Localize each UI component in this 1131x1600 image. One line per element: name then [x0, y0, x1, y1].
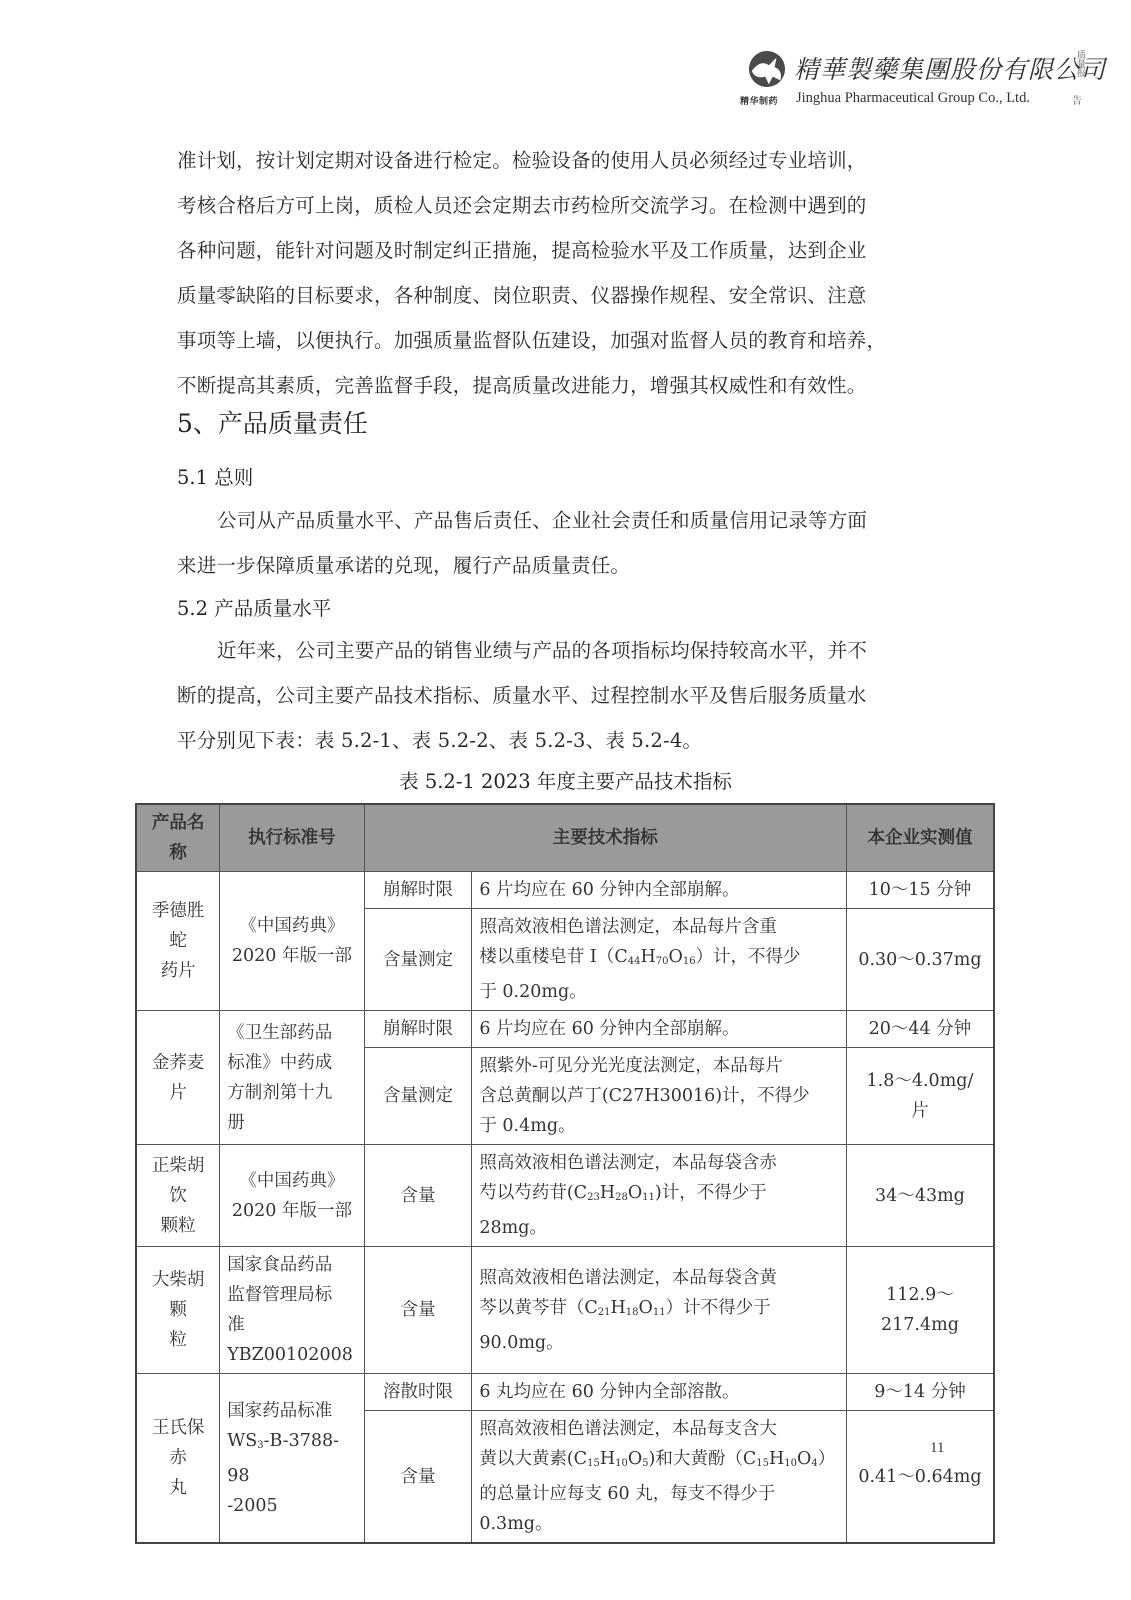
- cell-requirement: 照高效液相色谱法测定，本品每片含重 楼以重楼皂苷 I（C44H70O16）计，不…: [472, 909, 847, 1011]
- cell-indicator: 含量: [364, 1411, 472, 1544]
- text-line: 近年来，公司主要产品的销售业绩与产品的各项指标均保持较高水平，并不: [177, 628, 957, 673]
- text-line: 来进一步保障质量承诺的兑现，履行产品质量责任。: [177, 543, 957, 588]
- text-line: 质量零缺陷的目标要求，各种制度、岗位职责、仪器操作规程、安全常识、注意: [177, 273, 957, 318]
- cell-measured: 0.30～0.37mg: [846, 909, 994, 1011]
- company-name-en: Jinghua Pharmaceutical Group Co., Ltd.: [796, 90, 1030, 107]
- table-row: 王氏保赤 丸 国家药品标准 WS3-B-3788-98 -2005 溶散时限 6…: [136, 1374, 994, 1411]
- cell-requirement: 照高效液相色谱法测定，本品每袋含赤 芍以芍药苷(C23H28O11)计，不得少于…: [472, 1145, 847, 1247]
- cell-measured: 112.9～ 217.4mg: [846, 1247, 994, 1374]
- section-5-1-paragraph: 公司从产品质量水平、产品售后责任、企业社会责任和质量信用记录等方面 来进一步保障…: [177, 498, 957, 588]
- header-standard: 执行标准号: [220, 804, 364, 872]
- cell-measured: 20～44 分钟: [846, 1011, 994, 1048]
- cell-requirement: 6 片均应在 60 分钟内全部崩解。: [472, 872, 847, 909]
- cell-product: 王氏保赤 丸: [136, 1374, 220, 1544]
- seal-mark: 告: [1072, 92, 1082, 107]
- cell-indicator: 含量测定: [364, 1048, 472, 1145]
- cell-measured: 9～14 分钟: [846, 1374, 994, 1411]
- cell-requirement: 照高效液相色谱法测定，本品每袋含黄 芩以黄芩苷（C21H18O11）计不得少于 …: [472, 1247, 847, 1374]
- cell-product: 金荞麦片: [136, 1011, 220, 1145]
- page-header: 精华制药 精華製藥集團股份有限公司 Jinghua Pharmaceutical…: [742, 48, 1122, 118]
- section-heading: 5、产品质量责任: [177, 404, 368, 440]
- company-name-cn: 精華製藥集團股份有限公司: [794, 50, 1106, 86]
- intro-paragraph: 准计划，按计划定期对设备进行检定。检验设备的使用人员必须经过专业培训， 考核合格…: [177, 138, 957, 408]
- cell-measured: 1.8～4.0mg/ 片: [846, 1048, 994, 1145]
- technical-indicators-table: 产品名称 执行标准号 主要技术指标 本企业实测值 季德胜蛇 药片 《中国药典》 …: [135, 803, 995, 1544]
- seal-text: 质量报: [1072, 50, 1086, 77]
- cell-product: 大柴胡颗 粒: [136, 1247, 220, 1374]
- cell-standard: 国家食品药品 监督管理局标 准 YBZ00102008: [220, 1247, 364, 1374]
- cell-indicator: 崩解时限: [364, 872, 472, 909]
- text-line: 平分别见下表：表 5.2-1、表 5.2-2、表 5.2-3、表 5.2-4。: [177, 718, 957, 763]
- text-line: 公司从产品质量水平、产品售后责任、企业社会责任和质量信用记录等方面: [177, 498, 957, 543]
- table-row: 大柴胡颗 粒 国家食品药品 监督管理局标 准 YBZ00102008 含量 照高…: [136, 1247, 994, 1374]
- text-line: 考核合格后方可上岗，质检人员还会定期去市药检所交流学习。在检测中遇到的: [177, 183, 957, 228]
- cell-standard: 《卫生部药品 标准》中药成 方制剂第十九 册: [220, 1011, 364, 1145]
- header-measured: 本企业实测值: [846, 804, 994, 872]
- text-line: 断的提高，公司主要产品技术指标、质量水平、过程控制水平及售后服务质量水: [177, 673, 957, 718]
- cell-product: 正柴胡饮 颗粒: [136, 1145, 220, 1247]
- cell-requirement: 照高效液相色谱法测定，本品每支含大 黄以大黄素(C15H10O5)和大黄酚（C1…: [472, 1411, 847, 1544]
- cell-measured: 34～43mg: [846, 1145, 994, 1247]
- cell-standard: 《中国药典》 2020 年版一部: [220, 1145, 364, 1247]
- cell-indicator: 溶散时限: [364, 1374, 472, 1411]
- company-logo-icon: [748, 50, 786, 88]
- cell-product: 季德胜蛇 药片: [136, 872, 220, 1011]
- text-line: 事项等上墙，以便执行。加强质量监督队伍建设，加强对监督人员的教育和培养，: [177, 318, 957, 363]
- cell-indicator: 崩解时限: [364, 1011, 472, 1048]
- header-indicators: 主要技术指标: [364, 804, 846, 872]
- header-product-name: 产品名称: [136, 804, 220, 872]
- section-5-2-paragraph: 近年来，公司主要产品的销售业绩与产品的各项指标均保持较高水平，并不 断的提高，公…: [177, 628, 957, 763]
- cell-requirement: 照紫外-可见分光光度法测定，本品每片 含总黄酮以芦丁(C27H30016)计，不…: [472, 1048, 847, 1145]
- table-row: 季德胜蛇 药片 《中国药典》 2020 年版一部 崩解时限 6 片均应在 60 …: [136, 872, 994, 909]
- text-line: 各种问题，能针对问题及时制定纠正措施，提高检验水平及工作质量，达到企业: [177, 228, 957, 273]
- subsection-heading-5-1: 5.1 总则: [177, 462, 253, 490]
- logo-caption: 精华制药: [740, 94, 778, 107]
- table-caption: 表 5.2-1 2023 年度主要产品技术指标: [0, 766, 1131, 794]
- table-row: 正柴胡饮 颗粒 《中国药典》 2020 年版一部 含量 照高效液相色谱法测定，本…: [136, 1145, 994, 1247]
- cell-standard: 《中国药典》 2020 年版一部: [220, 872, 364, 1011]
- cell-standard: 国家药品标准 WS3-B-3788-98 -2005: [220, 1374, 364, 1544]
- page-number: 11: [930, 1440, 944, 1457]
- text-line: 不断提高其素质，完善监督手段，提高质量改进能力，增强其权威性和有效性。: [177, 363, 957, 408]
- cell-measured: 0.41～0.64mg: [846, 1411, 994, 1544]
- cell-indicator: 含量: [364, 1247, 472, 1374]
- cell-indicator: 含量: [364, 1145, 472, 1247]
- cell-requirement: 6 丸均应在 60 分钟内全部溶散。: [472, 1374, 847, 1411]
- table-row: 金荞麦片 《卫生部药品 标准》中药成 方制剂第十九 册 崩解时限 6 片均应在 …: [136, 1011, 994, 1048]
- cell-indicator: 含量测定: [364, 909, 472, 1011]
- subsection-heading-5-2: 5.2 产品质量水平: [177, 593, 331, 621]
- cell-measured: 10～15 分钟: [846, 872, 994, 909]
- text-line: 准计划，按计划定期对设备进行检定。检验设备的使用人员必须经过专业培训，: [177, 138, 957, 183]
- table-header-row: 产品名称 执行标准号 主要技术指标 本企业实测值: [136, 804, 994, 872]
- cell-requirement: 6 片均应在 60 分钟内全部崩解。: [472, 1011, 847, 1048]
